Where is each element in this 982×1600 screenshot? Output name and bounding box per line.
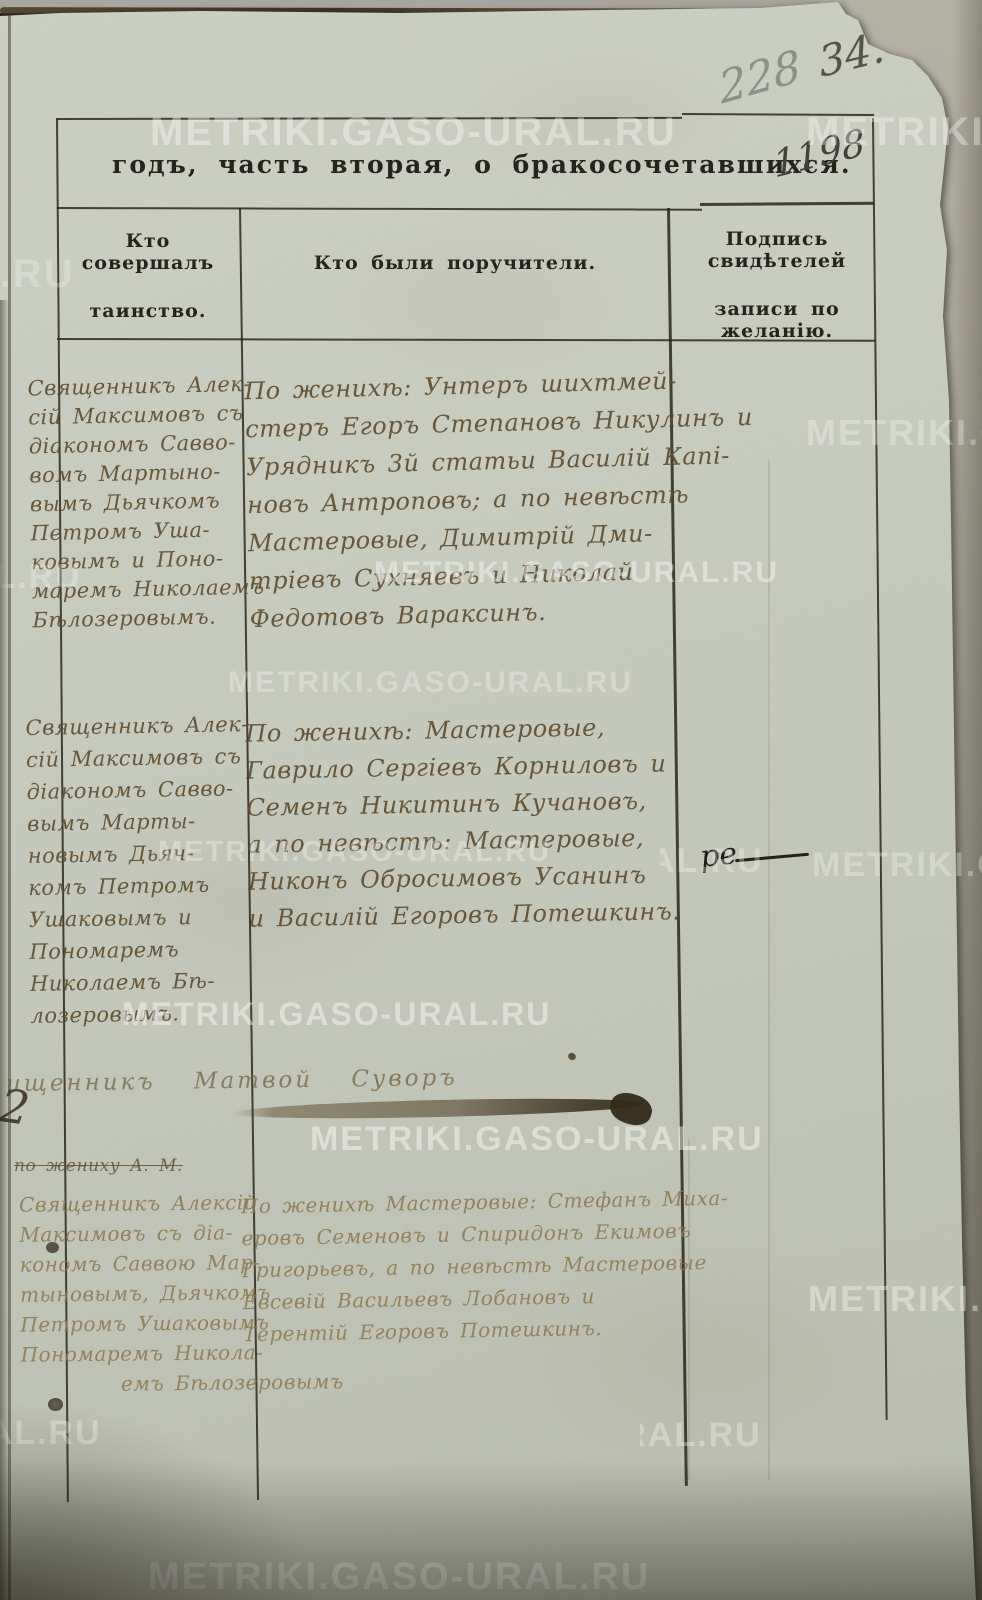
- handwritten-line: Священникъ Алек-: [25, 708, 249, 744]
- watermark: METRIKI.GASO-URAL.RU: [640, 1416, 808, 1456]
- watermark: METRIKI.GASO-URAL.RU: [228, 666, 643, 708]
- entry-2-officiant-text: Священникъ Алек- сій Максимовъ съ діакон…: [25, 708, 254, 1032]
- handwritten-line: комъ Петромъ: [28, 868, 252, 904]
- handwritten-line: вымъ Марты-: [27, 804, 251, 840]
- handwritten-line: Николаемъ Бѣ-: [30, 964, 254, 1000]
- document-scan: годъ, часть вторая, о бракосочетавшихся.…: [0, 0, 982, 1600]
- handwritten-line: сій Максимовъ съ: [26, 740, 250, 776]
- column-header-line: записи по желанію.: [678, 298, 876, 342]
- watermark: METRIKI.GASO-URAL.RU: [806, 110, 982, 155]
- handwritten-line: емъ Бѣлозеровымъ: [121, 1366, 344, 1398]
- watermark: METRIKI.GASO-URAL.RU: [808, 1278, 982, 1320]
- page-shadow-wrap: годъ, часть вторая, о бракосочетавшихся.…: [0, 0, 982, 1600]
- column-header-line: Кто совершалъ: [57, 230, 239, 274]
- column-header-line: Кто были поручители.: [250, 252, 660, 274]
- watermark: METRIKI.GASO-URAL.RU: [812, 846, 982, 885]
- struck-note: по жениху А. М.: [14, 1156, 183, 1176]
- column-header-witness-signatures: Подпись свидѣтелей записи по желанію.: [678, 228, 876, 342]
- watermark: METRIKI.GASO-URAL.RU: [0, 558, 82, 597]
- handwritten-line: и Василій Егоровъ Потешкинъ.: [248, 893, 680, 938]
- watermark-text: METRIKI.GASO-URAL.RU: [228, 666, 633, 700]
- column-header-officiant: Кто совершалъ таинство.: [57, 230, 239, 322]
- paper-crease: [768, 460, 770, 1480]
- handwritten-line: Ушаковымъ и: [29, 900, 253, 936]
- watermark: METRIKI.GASO-URAL.RU: [806, 412, 982, 454]
- watermark-text: METRIKI.GASO-URAL.RU: [660, 842, 764, 881]
- watermark: METRIKI.GASO-URAL.RU: [660, 842, 810, 882]
- column-header-line: таинство.: [57, 300, 239, 322]
- entry-3-guarantors-text: По женихѣ Мастеровые: Стефанъ Миха- еров…: [241, 1182, 731, 1350]
- entry-2-guarantors-text: По женихѣ: Мастеровые, Гаврило Сергіевъ …: [245, 708, 681, 938]
- handwritten-line: Бѣлозеровымъ.: [32, 602, 265, 636]
- watermark: METRIKI.GASO-URAL.RU: [150, 110, 677, 155]
- handwritten-line: діакономъ Савво-: [29, 428, 262, 462]
- watermark: METRIKI.GASO-URAL.RU: [310, 1120, 764, 1159]
- handwritten-line: Пономаремъ: [29, 932, 253, 968]
- entry-1-guarantors-text: По женихѣ: Унтеръ шихтмей- стеръ Егоръ С…: [244, 360, 758, 638]
- handwritten-line: діакономъ Савво-: [26, 772, 250, 808]
- document-page: годъ, часть вторая, о бракосочетавшихся.…: [0, 0, 982, 1600]
- watermark: METRIKI.GASO-URAL.RU: [122, 996, 551, 1033]
- watermark-text: METRIKI.GASO-URAL.RU: [640, 1416, 762, 1455]
- watermark: METRIKI.GASO-URAL.RU: [0, 252, 75, 297]
- ink-spot: [46, 1242, 59, 1253]
- column-header-guarantors: Кто были поручители.: [250, 252, 660, 274]
- watermark: METRIKI.GASO-URAL.RU: [158, 836, 551, 869]
- bottom-shadow: [0, 1460, 982, 1600]
- column-header-line: Подпись свидѣтелей: [678, 228, 876, 272]
- watermark: METRIKI.GASO-URAL.RU: [374, 556, 779, 590]
